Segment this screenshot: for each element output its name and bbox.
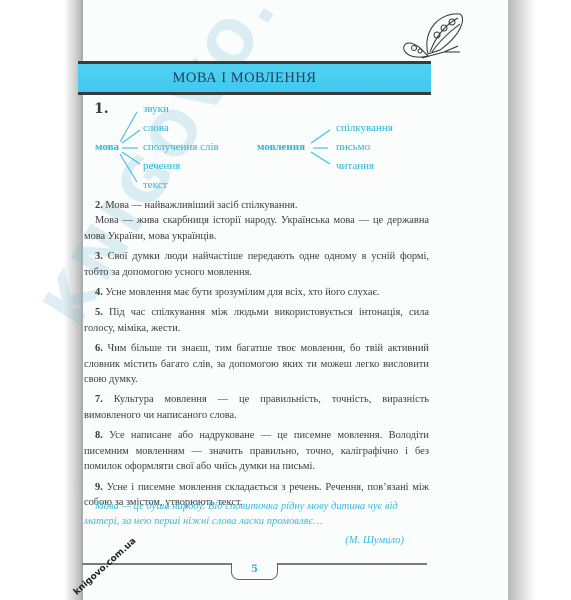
diagram-branch: речення [143, 160, 180, 172]
diagram-root-mova: мова [95, 141, 119, 153]
exercise-2: 2. Мова — найважливіший засіб спілкуванн… [84, 198, 429, 213]
page-number: 5 [231, 563, 278, 580]
exercise-7: 7. Культура мовлення — це правильність, … [84, 392, 429, 423]
margin-mark: / [74, 478, 78, 491]
diagram-branch: слова [143, 122, 169, 134]
diagram-branch: звуки [143, 103, 169, 115]
exercise-4: 4. Усне мовлення має бути зрозумілим для… [84, 285, 429, 300]
exercise-2-paragraph: Мова — жива скарбниця історії народу. Ук… [84, 213, 429, 244]
diagram-root-movlennya: мовлення [257, 141, 305, 153]
exercises-text: 2. Мова — найважливіший засіб спілкуванн… [84, 198, 429, 510]
diagram-branch: читання [336, 160, 374, 172]
exercise-3: 3. Свої думки люди найчастіше передають … [84, 249, 429, 280]
diagram-branch: спілкування [336, 122, 393, 134]
quote-text: Мова — це душа народу. Від сповиточка рі… [84, 499, 430, 529]
exercise-6: 6. Чим більше ти знаєш, тим багатше твоє… [84, 341, 429, 387]
diagram-branch: письмо [336, 141, 370, 153]
exercise-8: 8. Усе написане або надруковане — це пис… [84, 428, 429, 474]
diagram-branch: текст [143, 179, 167, 191]
exercise-5: 5. Під час спілкування між людьми викори… [84, 305, 429, 336]
diagram-branch: сполучення слів [143, 141, 219, 153]
